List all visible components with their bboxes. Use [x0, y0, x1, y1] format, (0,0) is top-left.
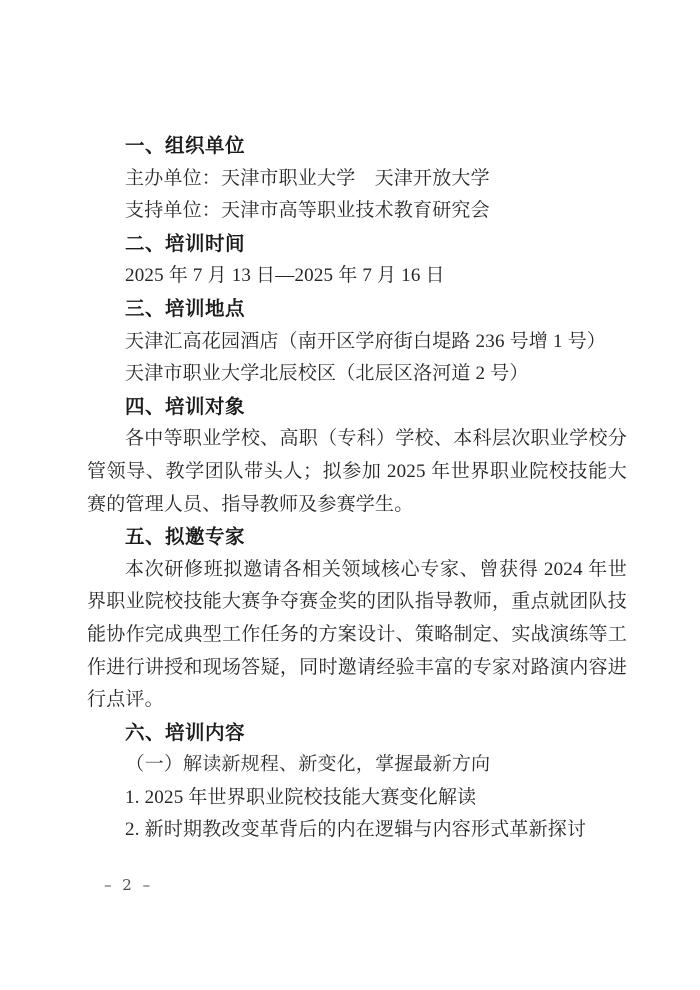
- doc-text-line: 天津市职业大学北辰校区（北辰区洛河道 2 号）: [87, 358, 627, 391]
- doc-text-line: 1. 2025 年世界职业院校技能大赛变化解读: [87, 782, 627, 815]
- doc-text-line: 各中等职业学校、高职（专科）学校、本科层次职业学校分: [87, 423, 627, 456]
- doc-text-line: 能协作完成典型工作任务的方案设计、策略制定、实战演练等工: [87, 619, 627, 652]
- section-heading: 三、培训地点: [87, 293, 627, 326]
- section-heading: 五、拟邀专家: [87, 521, 627, 554]
- section-heading: 二、培训时间: [87, 228, 627, 261]
- section-heading: 六、培训内容: [87, 717, 627, 750]
- doc-text-line: 界职业院校技能大赛争夺赛金奖的团队指导教师，重点就团队技: [87, 586, 627, 619]
- section-heading: 四、培训对象: [87, 391, 627, 424]
- doc-text-line: 作进行讲授和现场答疑，同时邀请经验丰富的专家对路演内容进: [87, 652, 627, 685]
- doc-text-line: 管领导、教学团队带头人；拟参加 2025 年世界职业院校技能大: [87, 456, 627, 489]
- doc-text-line: 2025 年 7 月 13 日—2025 年 7 月 16 日: [87, 260, 627, 293]
- section-heading: 一、组织单位: [87, 130, 627, 163]
- doc-text-line: （一）解读新规程、新变化，掌握最新方向: [87, 749, 628, 782]
- doc-text-line: 本次研修班拟邀请各相关领域核心专家、曾获得 2024 年世: [87, 554, 627, 587]
- page-number: – 2 –: [104, 876, 153, 894]
- doc-text-line: 2. 新时期教改变革背后的内在逻辑与内容形式革新探讨: [87, 814, 627, 847]
- document-body: 一、组织单位主办单位：天津市职业大学 天津开放大学支持单位：天津市高等职业技术教…: [87, 130, 627, 847]
- document-page: 一、组织单位主办单位：天津市职业大学 天津开放大学支持单位：天津市高等职业技术教…: [0, 0, 700, 990]
- doc-text-line: 天津汇高花园酒店（南开区学府街白堤路 236 号增 1 号）: [87, 326, 627, 359]
- doc-text-line: 行点评。: [87, 684, 627, 717]
- doc-text-line: 主办单位：天津市职业大学 天津开放大学: [87, 163, 627, 196]
- doc-text-line: 支持单位：天津市高等职业技术教育研究会: [87, 195, 627, 228]
- doc-text-line: 赛的管理人员、指导教师及参赛学生。: [87, 489, 627, 522]
